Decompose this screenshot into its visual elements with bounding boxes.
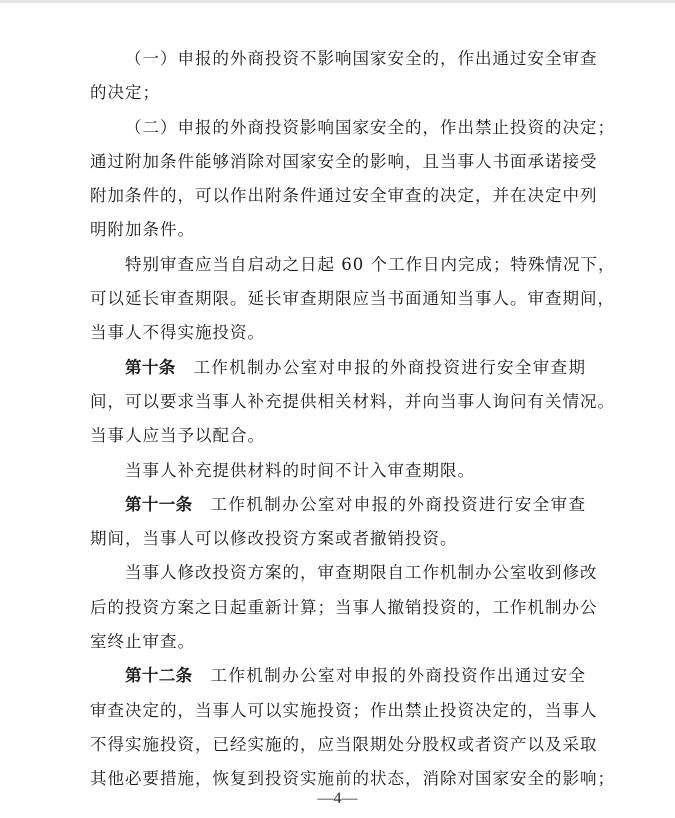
text-line: 不得实施投资，已经实施的，应当限期处分股权或者资产以及采取 bbox=[90, 728, 586, 762]
article-heading: 第十二条 bbox=[125, 666, 193, 685]
line-text: 期间，当事人可以修改投资方案或者撤销投资。 bbox=[90, 529, 458, 548]
text-line: 附加条件的，可以作出附条件通过安全审查的决定，并在决定中列 bbox=[90, 179, 586, 213]
line-text: 其他必要措施，恢复到投资实施前的状态，消除对国家安全的影响； bbox=[90, 769, 615, 788]
line-text: 当事人不得实施投资。 bbox=[90, 323, 265, 342]
text-line: 明附加条件。 bbox=[90, 213, 586, 247]
line-text: 当事人补充提供材料的时间不计入审查期限。 bbox=[125, 461, 475, 480]
text-line: 当事人不得实施投资。 bbox=[90, 316, 586, 350]
text-line: 当事人应当予以配合。 bbox=[90, 419, 586, 453]
line-text: 的决定； bbox=[90, 83, 160, 102]
line-text: 不得实施投资，已经实施的，应当限期处分股权或者资产以及采取 bbox=[90, 735, 598, 754]
text-line: 的决定； bbox=[90, 76, 586, 110]
line-text: 当事人应当予以配合。 bbox=[90, 426, 265, 445]
line-text: 工作机制办公室对申报的外商投资作出通过安全 bbox=[211, 666, 586, 685]
line-text: 审查决定的，当事人可以实施投资；作出禁止投资决定的，当事人 bbox=[90, 701, 598, 720]
text-line: 当事人修改投资方案的，审查期限自工作机制办公室收到修改 bbox=[90, 556, 586, 590]
text-line: 室终止审查。 bbox=[90, 625, 586, 659]
page-number: —4— bbox=[0, 790, 675, 808]
line-text: 室终止审查。 bbox=[90, 632, 195, 651]
line-text: 工作机制办公室对申报的外商投资进行安全审查期 bbox=[194, 358, 586, 377]
line-text: 特别审查应当自启动之日起 60 个工作日内完成；特殊情况下， bbox=[125, 255, 616, 274]
line-text: （二）申报的外商投资影响国家安全的，作出禁止投资的决定； bbox=[125, 118, 615, 137]
text-line: 审查决定的，当事人可以实施投资；作出禁止投资决定的，当事人 bbox=[90, 694, 586, 728]
text-line: 期间，当事人可以修改投资方案或者撤销投资。 bbox=[90, 522, 586, 556]
text-line: 第十条工作机制办公室对申报的外商投资进行安全审查期 bbox=[90, 351, 586, 385]
document-page: （一）申报的外商投资不影响国家安全的，作出通过安全审查的决定；（二）申报的外商投… bbox=[90, 42, 586, 797]
text-line: 通过附加条件能够消除对国家安全的影响，且当事人书面承诺接受 bbox=[90, 145, 586, 179]
text-line: （一）申报的外商投资不影响国家安全的，作出通过安全审查 bbox=[90, 42, 586, 76]
article-heading: 第十一条 bbox=[125, 495, 193, 514]
line-text: 当事人修改投资方案的，审查期限自工作机制办公室收到修改 bbox=[125, 563, 598, 582]
text-line: 可以延长审查期限。延长审查期限应当书面通知当事人。审查期间， bbox=[90, 282, 586, 316]
line-text: 附加条件的，可以作出附条件通过安全审查的决定，并在决定中列 bbox=[90, 186, 598, 205]
line-text: 工作机制办公室对申报的外商投资进行安全审查 bbox=[211, 495, 586, 514]
line-text: 后的投资方案之日起重新计算；当事人撤销投资的，工作机制办公 bbox=[90, 598, 598, 617]
article-heading: 第十条 bbox=[125, 358, 176, 377]
text-line: 当事人补充提供材料的时间不计入审查期限。 bbox=[90, 454, 586, 488]
line-text: 间，可以要求当事人补充提供相关材料，并向当事人询问有关情况。 bbox=[90, 392, 615, 411]
line-text: 通过附加条件能够消除对国家安全的影响，且当事人书面承诺接受 bbox=[90, 152, 598, 171]
viewer-top-edge bbox=[0, 0, 675, 3]
line-text: 可以延长审查期限。延长审查期限应当书面通知当事人。审查期间， bbox=[90, 289, 615, 308]
line-text: （一）申报的外商投资不影响国家安全的，作出通过安全审查 bbox=[125, 49, 598, 68]
text-line: 后的投资方案之日起重新计算；当事人撤销投资的，工作机制办公 bbox=[90, 591, 586, 625]
text-line: 第十二条工作机制办公室对申报的外商投资作出通过安全 bbox=[90, 659, 586, 693]
text-line: 特别审查应当自启动之日起 60 个工作日内完成；特殊情况下， bbox=[90, 248, 586, 282]
text-line: （二）申报的外商投资影响国家安全的，作出禁止投资的决定； bbox=[90, 111, 586, 145]
text-line: 第十一条工作机制办公室对申报的外商投资进行安全审查 bbox=[90, 488, 586, 522]
line-text: 明附加条件。 bbox=[90, 220, 195, 239]
text-line: 间，可以要求当事人补充提供相关材料，并向当事人询问有关情况。 bbox=[90, 385, 586, 419]
